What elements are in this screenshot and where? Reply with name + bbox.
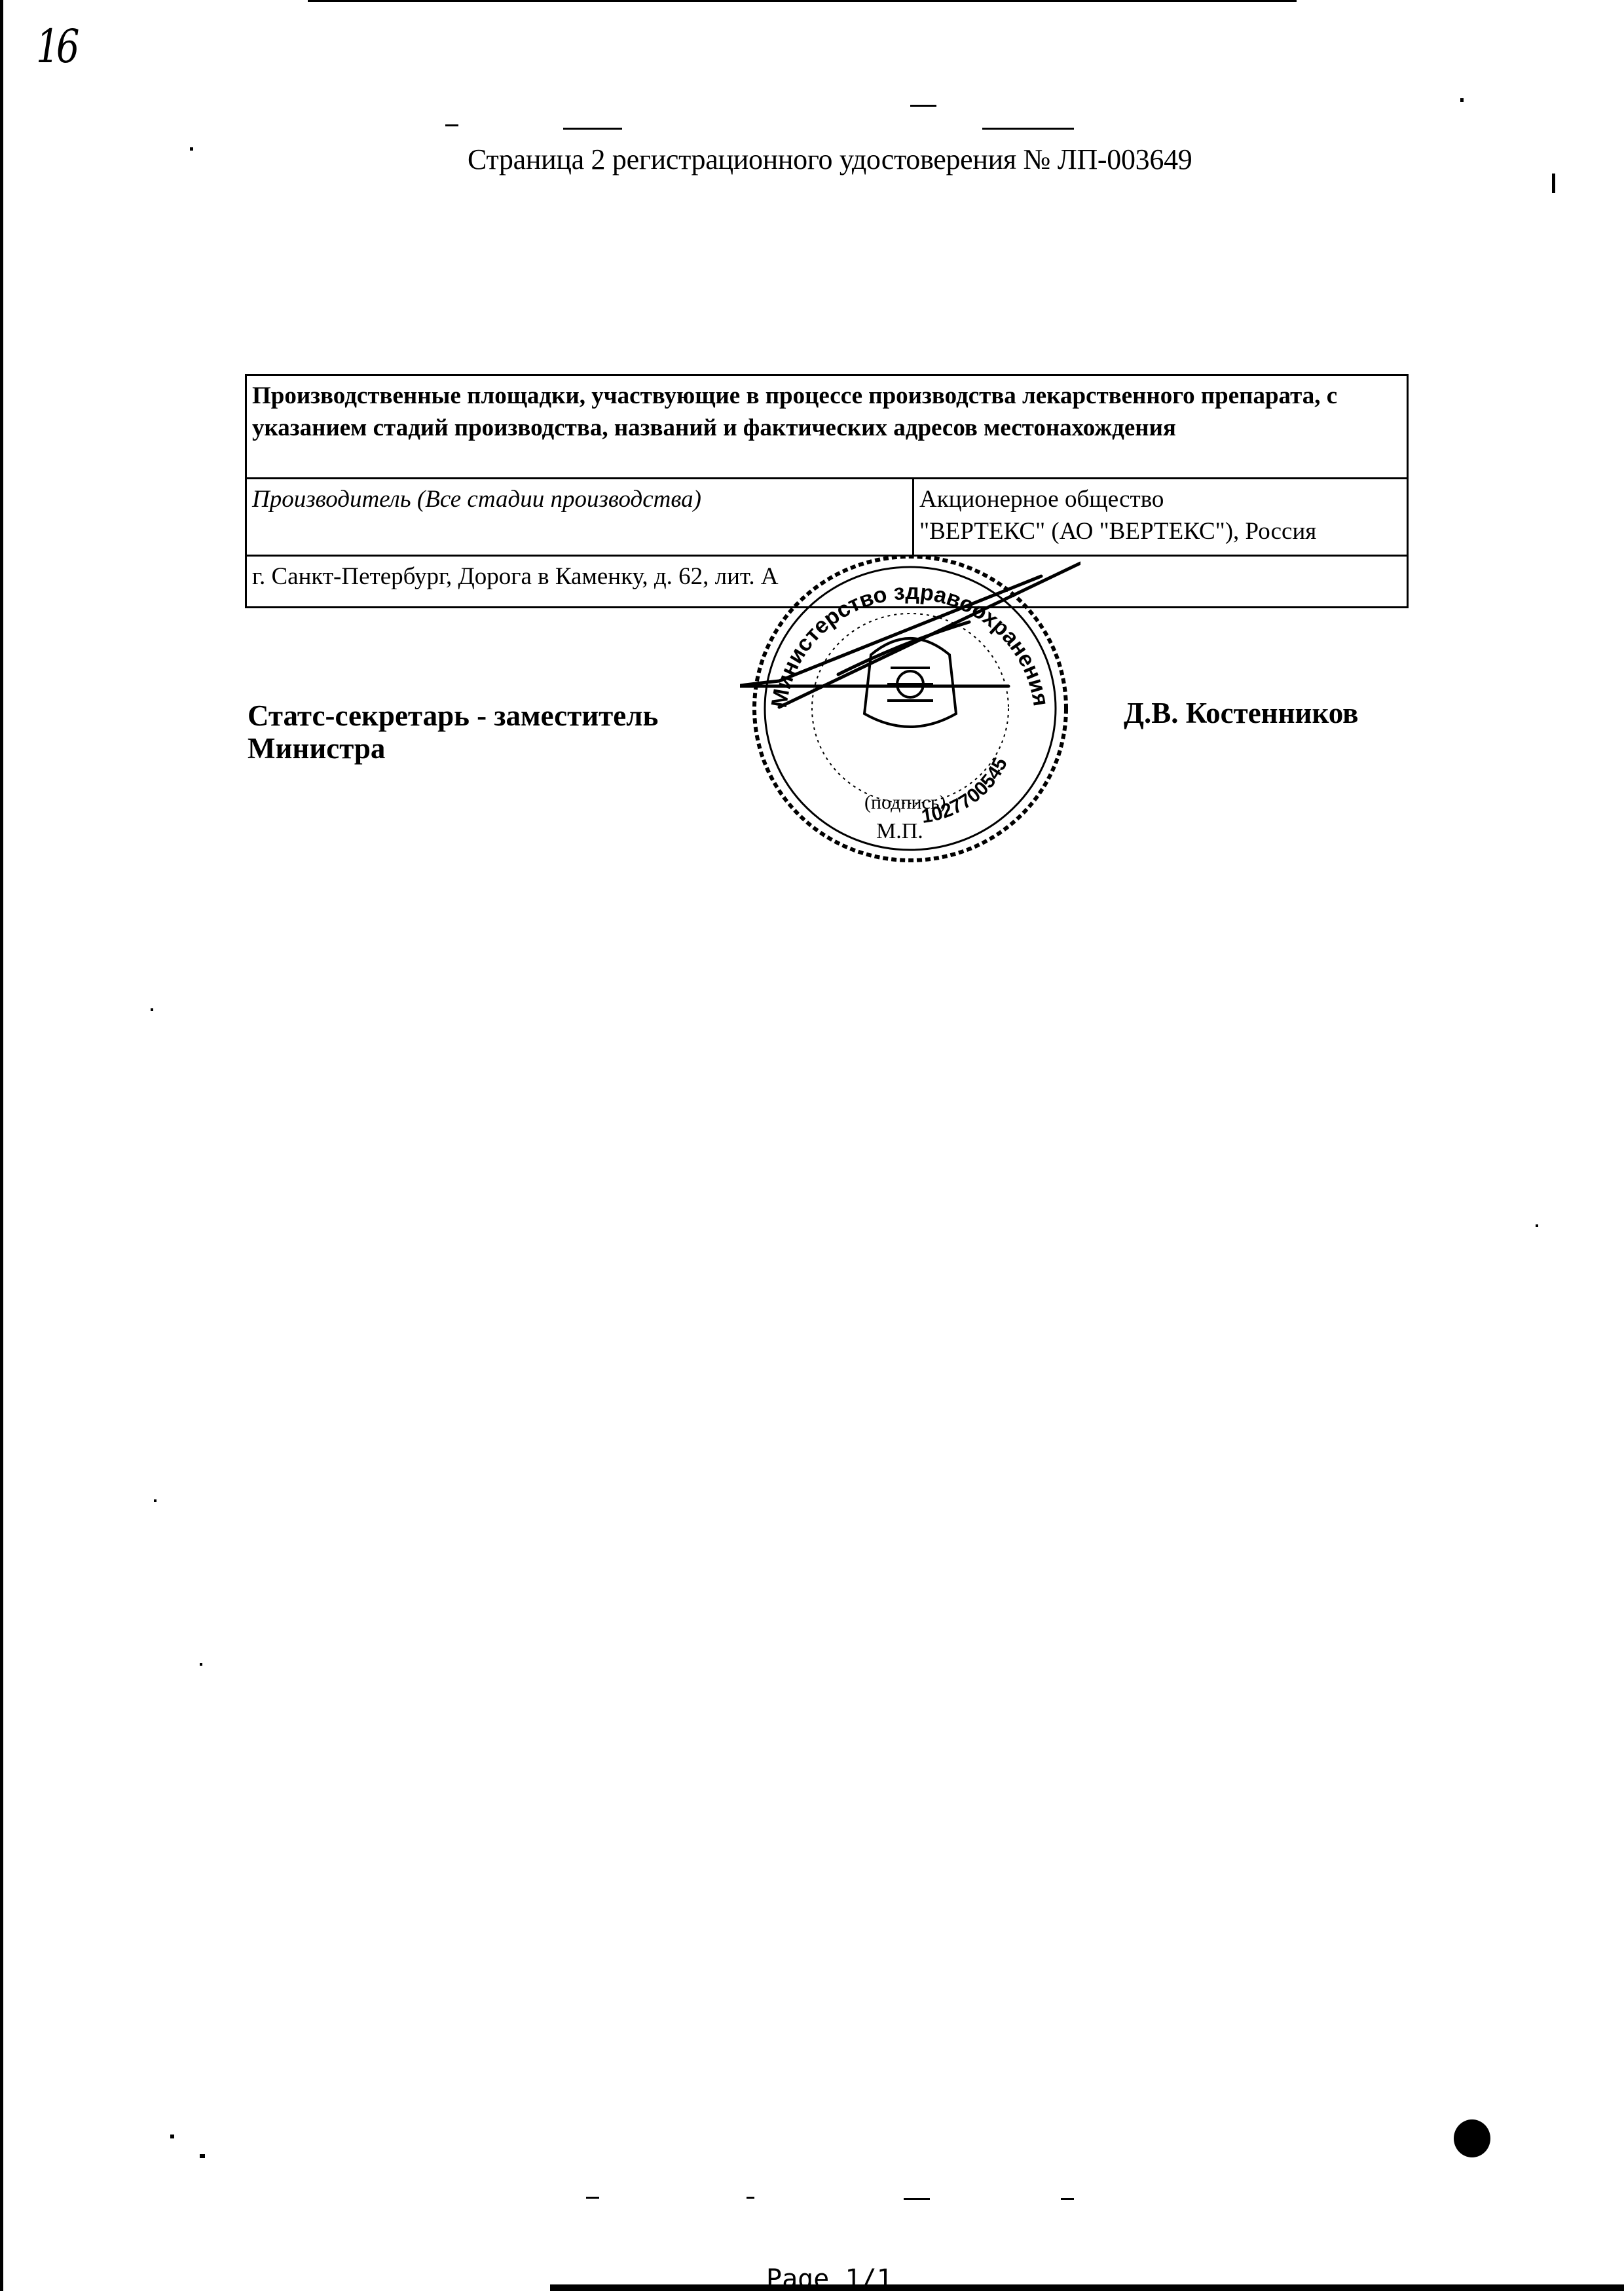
company-line-2: "ВЕРТЕКС" (АО "ВЕРТЕКС"), Россия (919, 515, 1401, 547)
scan-speck (445, 124, 458, 126)
scan-speck (200, 2154, 205, 2158)
stamp-number: 1027700545 (920, 754, 1012, 828)
scan-speck (151, 1008, 153, 1011)
scan-speck (910, 105, 936, 107)
scan-edge-left (0, 0, 3, 2291)
stamp-seal-label: М.П. (876, 819, 923, 843)
scan-speck (154, 1499, 157, 1502)
signer-position-line-2: Министра (248, 732, 658, 765)
scan-speck (1536, 1224, 1538, 1227)
company-line-1: Акционерное общество (919, 483, 1401, 515)
scan-speck (1061, 2198, 1074, 2200)
scan-speck (190, 147, 193, 151)
scan-edge-bottom (550, 2284, 1624, 2291)
emblem-icon (864, 638, 956, 727)
scan-speck (170, 2135, 174, 2138)
signer-position: Статс-секретарь - заместитель Министра (248, 699, 658, 765)
page-title: Страница 2 регистрационного удостоверени… (468, 143, 1192, 176)
table-header-row: Производственные площадки, участвующие в… (246, 375, 1408, 479)
scan-speck (1552, 174, 1555, 193)
scan-edge-top (308, 0, 1297, 2)
signer-position-line-1: Статс-секретарь - заместитель (248, 699, 658, 732)
scan-speck (563, 128, 622, 130)
stamp-signature-label: (подпись) (864, 792, 946, 813)
page-footer: Page 1/1 (766, 2264, 893, 2291)
official-seal-stamp: Министерство здравоохранения Российской … (740, 543, 1080, 871)
svg-text:1027700545: 1027700545 (920, 754, 1012, 828)
scan-speck (747, 2197, 754, 2199)
scan-speck (982, 128, 1074, 130)
scan-speck (200, 1663, 202, 1666)
scan-artifact-dot (1454, 2119, 1490, 2157)
scan-speck (904, 2198, 930, 2200)
handwritten-page-number: 16 (36, 20, 77, 73)
scan-speck (1460, 98, 1464, 102)
scan-speck (586, 2197, 599, 2199)
signer-name: Д.В. Костенников (1124, 696, 1358, 730)
table-header-cell: Производственные площадки, участвующие в… (246, 375, 1408, 479)
